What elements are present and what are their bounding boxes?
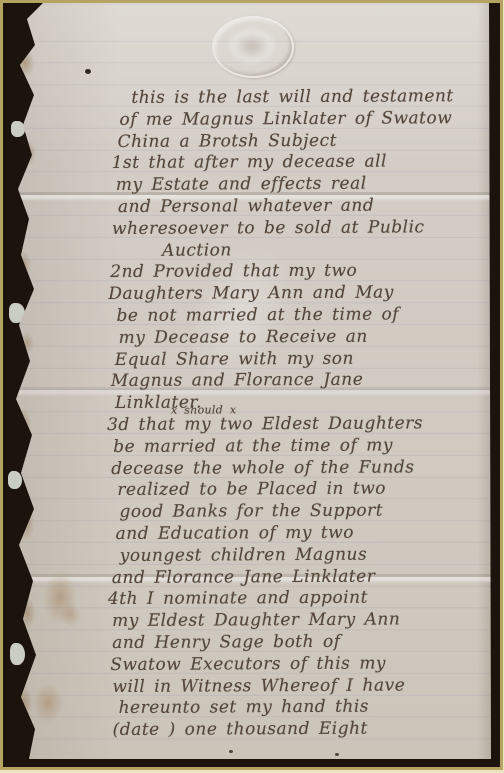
manuscript-line: and Education of my two bbox=[116, 522, 490, 546]
manuscript-line: and Henry Sage both of bbox=[112, 631, 490, 655]
manuscript-line: Swatow Executors of this my bbox=[110, 653, 490, 677]
manuscript-line: this is the last will and testament bbox=[131, 86, 487, 110]
photo-frame: this is the last will and testament of m… bbox=[0, 0, 503, 770]
manuscript-line: Daughters Mary Ann and May bbox=[108, 282, 488, 306]
manuscript-line: Equal Share with my son bbox=[115, 348, 489, 372]
paper: this is the last will and testament of m… bbox=[9, 3, 491, 759]
manuscript-line: 3d that my two Eldest Daughters bbox=[107, 413, 489, 437]
manuscript-line: (date ) one thousand Eight bbox=[113, 718, 491, 742]
torn-paper-tatter bbox=[10, 643, 25, 665]
ink-spot bbox=[229, 750, 233, 753]
manuscript-line: my Eldest Daughter Mary Ann bbox=[112, 609, 490, 633]
manuscript-line: wheresoever to be sold at Public bbox=[112, 217, 488, 241]
manuscript-text: this is the last will and testament of m… bbox=[105, 86, 490, 742]
manuscript-line: youngest children Magnus bbox=[120, 544, 490, 568]
manuscript-line: 2nd Provided that my two bbox=[110, 260, 488, 284]
stain bbox=[61, 603, 81, 627]
manuscript-line: be married at the time of my bbox=[113, 435, 489, 459]
manuscript-line: my Estate and effects real bbox=[116, 173, 488, 197]
manuscript-line: hereunto set my hand this bbox=[118, 696, 490, 720]
manuscript-line: my Decease to Receive an bbox=[119, 326, 489, 350]
manuscript-line: 1st that after my decease all bbox=[112, 151, 488, 175]
stain bbox=[33, 683, 63, 723]
ink-spot bbox=[85, 69, 91, 74]
manuscript-line: Auction bbox=[162, 239, 488, 263]
torn-paper-tatter bbox=[8, 471, 22, 489]
manuscript-line: realized to be Placed in two bbox=[117, 478, 489, 502]
manuscript-line: 4th I nominate and appoint bbox=[108, 587, 490, 611]
scanned-page: this is the last will and testament of m… bbox=[0, 0, 504, 773]
manuscript-line: good Banks for the Support bbox=[119, 500, 489, 524]
manuscript-line: Magnus and Florance Jane bbox=[111, 369, 489, 393]
manuscript-line: be not married at the time of bbox=[116, 304, 488, 328]
seal-crest bbox=[226, 26, 278, 66]
manuscript-line: decease the whole of the Funds bbox=[111, 457, 489, 481]
ink-spot bbox=[335, 753, 339, 756]
manuscript-line: and Florance Jane Linklater bbox=[112, 566, 490, 590]
manuscript-line: of me Magnus Linklater of Swatow bbox=[119, 108, 487, 132]
manuscript-line: will in Witness Whereof I have bbox=[112, 675, 490, 699]
insertion-note: x should x bbox=[171, 403, 236, 416]
manuscript-line: China a Brotsh Subject bbox=[118, 130, 488, 154]
torn-paper-tatter bbox=[11, 121, 25, 137]
embossed-seal-icon bbox=[212, 16, 294, 78]
manuscript-line: and Personal whatever and bbox=[118, 195, 488, 219]
